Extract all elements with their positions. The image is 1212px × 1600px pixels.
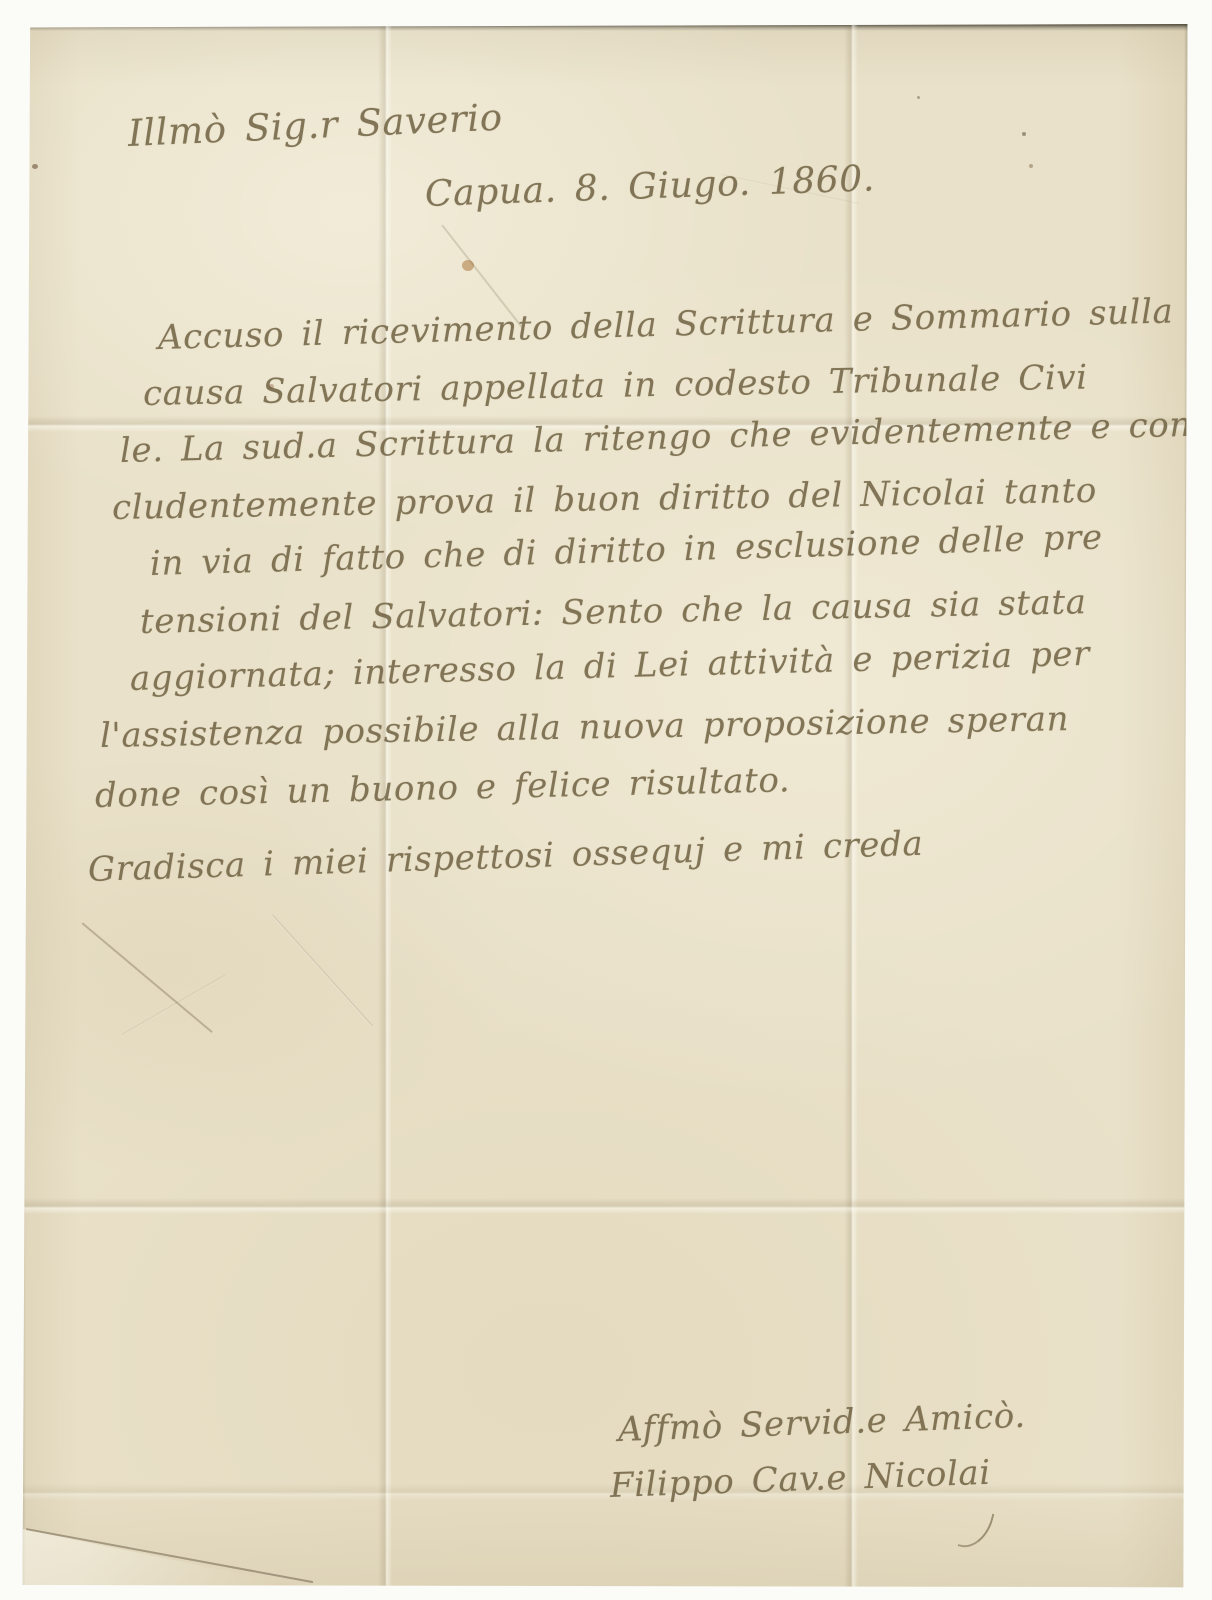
closing-line: Affmò Servid.e Amicò. <box>617 1396 1026 1450</box>
body-line: le. La sud.a Scrittura la ritengo che ev… <box>120 405 1193 471</box>
handwritten-text-layer: Illmò Sig.r Saverio Capua. 8. Giugo. 186… <box>22 24 1188 1588</box>
body-line: tensioni del Salvatori: Sento che la cau… <box>140 582 1087 642</box>
body-line: aggiornata; interesso la di Lei attività… <box>129 634 1090 699</box>
date-line: Capua. 8. Giugo. 1860. <box>424 158 875 215</box>
pen-flourish-tail <box>81 922 213 1033</box>
letter-paper: Illmò Sig.r Saverio Capua. 8. Giugo. 186… <box>22 24 1188 1588</box>
body-line: cludentemente prova il buon diritto del … <box>112 471 1098 528</box>
body-line: done così un buono e felice risultato. <box>95 760 791 816</box>
body-line: Gradisca i miei rispettosi ossequj e mi … <box>87 824 924 890</box>
body-line: l'assistenza possibile alla nuova propos… <box>100 699 1070 756</box>
signature-line: Filippo Cav.e Nicolai <box>609 1453 991 1506</box>
body-line: causa Salvatori appellata in codesto Tri… <box>143 358 1088 414</box>
salutation-line: Illmò Sig.r Saverio <box>127 96 503 155</box>
pen-flourish <box>958 1507 995 1553</box>
body-line: Accuso il ricevimento della Scrittura e … <box>157 291 1173 358</box>
body-line: in via di fatto che di diritto in esclus… <box>149 517 1103 584</box>
